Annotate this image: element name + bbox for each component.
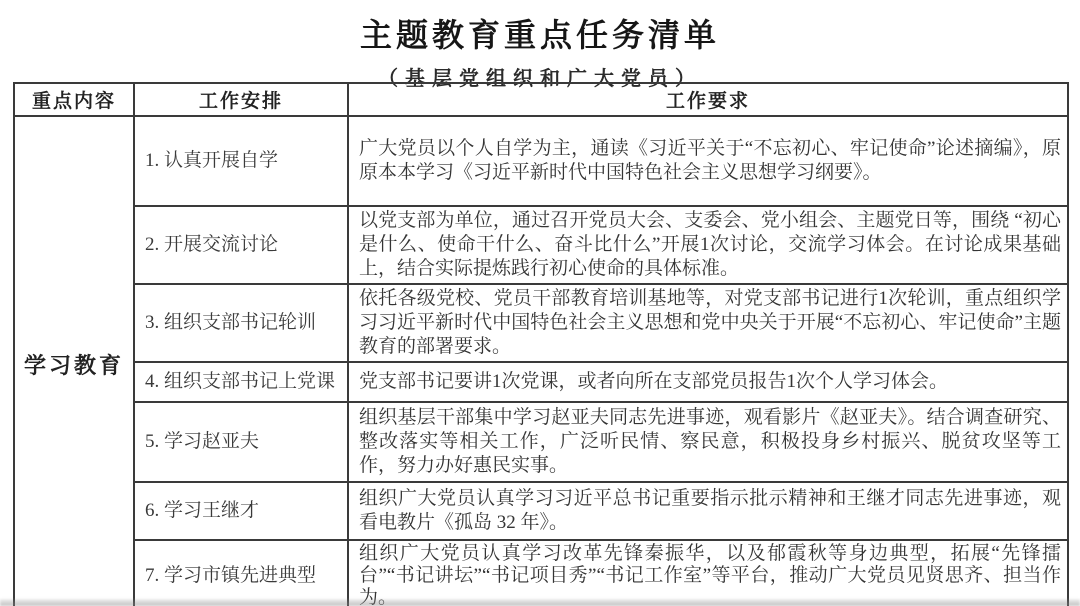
arrangement-cell: 1. 认真开展自学	[134, 116, 348, 206]
table-row: 5. 学习赵亚夫 组织基层干部集中学习赵亚夫同志先进事迹，观看影片《赵亚夫》。结…	[14, 402, 1068, 482]
arrangement-cell: 2. 开展交流讨论	[134, 206, 348, 284]
requirement-cell: 组织基层干部集中学习赵亚夫同志先进事迹，观看影片《赵亚夫》。结合调查研究、整改落…	[348, 402, 1068, 482]
table-row: 学习教育 1. 认真开展自学 广大党员以个人自学为主，通读《习近平关于“不忘初心…	[14, 116, 1068, 206]
requirement-cell: 依托各级党校、党员干部教育培训基地等，对党支部书记进行1次轮训，重点组织学习习近…	[348, 284, 1068, 362]
table-row: 4. 组织支部书记上党课 党支部书记要讲1次党课，或者向所在支部党员报告1次个人…	[14, 362, 1068, 402]
requirement-cell: 以党支部为单位，通过召开党员大会、支委会、党小组会、主题党日等，围绕 “初心是什…	[348, 206, 1068, 284]
arrangement-cell: 7. 学习市镇先进典型	[134, 540, 348, 606]
arrangement-cell: 4. 组织支部书记上党课	[134, 362, 348, 402]
page-title: 主题教育重点任务清单	[0, 0, 1080, 56]
header-work-arrangement: 工作安排	[134, 83, 348, 116]
requirement-cell: 广大党员以个人自学为主，通读《习近平关于“不忘初心、牢记使命”论述摘编》，原原本…	[348, 116, 1068, 206]
requirement-cell: 组织广大党员认真学习习近平总书记重要指示批示精神和王继才同志先进事迹，观看电教片…	[348, 482, 1068, 540]
arrangement-cell: 3. 组织支部书记轮训	[134, 284, 348, 362]
table-row: 3. 组织支部书记轮训 依托各级党校、党员干部教育培训基地等，对党支部书记进行1…	[14, 284, 1068, 362]
header-work-requirement: 工作要求	[348, 83, 1068, 116]
document-page: 主题教育重点任务清单 （基层党组织和广大党员） 重点内容 工作安排 工作要求 学…	[0, 0, 1080, 606]
requirement-cell: 党支部书记要讲1次党课，或者向所在支部党员报告1次个人学习体会。	[348, 362, 1068, 402]
scan-edge-shadow	[0, 599, 1080, 606]
table-row: 7. 学习市镇先进典型 组织广大党员认真学习改革先锋秦振华，以及郁霞秋等身边典型…	[14, 540, 1068, 606]
table-row: 6. 学习王继才 组织广大党员认真学习习近平总书记重要指示批示精神和王继才同志先…	[14, 482, 1068, 540]
task-table: 重点内容 工作安排 工作要求 学习教育 1. 认真开展自学 广大党员以个人自学为…	[13, 82, 1069, 606]
arrangement-cell: 6. 学习王继才	[134, 482, 348, 540]
requirement-cell: 组织广大党员认真学习改革先锋秦振华，以及郁霞秋等身边典型，拓展“先锋擂台”“书记…	[348, 540, 1068, 606]
arrangement-cell: 5. 学习赵亚夫	[134, 402, 348, 482]
table-row: 2. 开展交流讨论 以党支部为单位，通过召开党员大会、支委会、党小组会、主题党日…	[14, 206, 1068, 284]
category-cell: 学习教育	[14, 116, 134, 606]
header-key-content: 重点内容	[14, 83, 134, 116]
header-row: 重点内容 工作安排 工作要求	[14, 83, 1068, 116]
